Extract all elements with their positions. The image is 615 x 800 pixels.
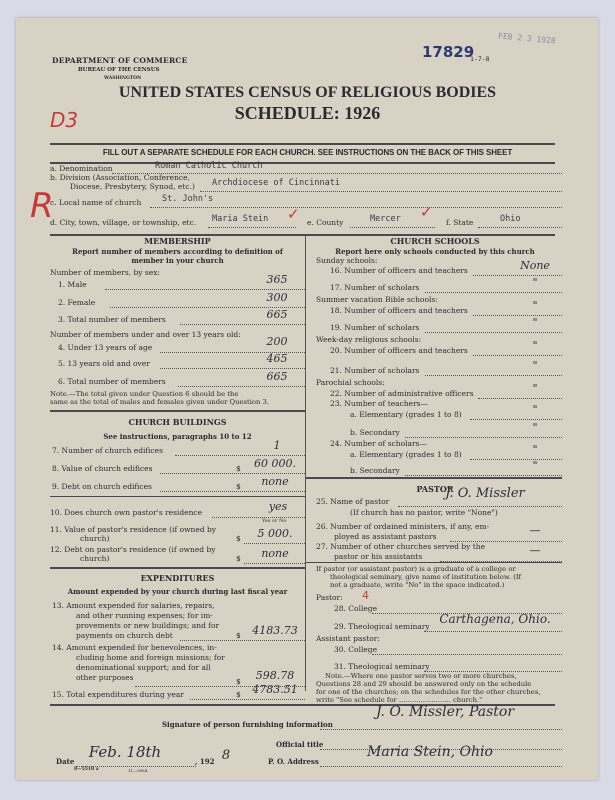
yes-no-hint: Yes or No <box>262 518 286 524</box>
exp-13-line-4: payments on church debt <box>76 631 173 640</box>
q23a-label: a. Elementary (grades 1 to 8) <box>350 410 462 419</box>
city-label: d. City, town, village, or township, etc… <box>50 218 196 227</box>
q17-label: 17. Number of scholars <box>330 283 419 292</box>
dollar-sign: $ <box>236 534 241 543</box>
expenditures-subtitle: Amount expended by your church during la… <box>50 587 305 596</box>
po-address-value: Maria Stein, Ohio <box>330 744 530 760</box>
q30-label: 30. College <box>334 645 377 654</box>
male-label: 1. Male <box>58 280 87 289</box>
church-schools-subtitle: Report here only schools conducted by th… <box>305 247 565 256</box>
q31-field-line <box>424 662 562 672</box>
form-number: 8—5518 a <box>74 767 99 772</box>
membership-title: MEMBERSHIP <box>50 236 305 246</box>
residence-debt-label: 12. Debt on pastor's residence (if owned… <box>50 545 216 554</box>
division-label: b. Division (Association, Conference, <box>50 173 190 182</box>
q21-label: 21. Number of scholars <box>330 366 419 375</box>
q22-value: " <box>510 382 560 395</box>
divider <box>50 410 305 412</box>
residence-value-label: 11. Value of pastor's residence (if owne… <box>50 525 216 534</box>
total-members-age-value: 665 <box>252 370 302 383</box>
county-value: Mercer <box>370 214 401 224</box>
exp-13-line-2: and other running expenses; for im- <box>76 611 213 620</box>
exp-14-line-3: denominational support; and for all <box>76 663 211 672</box>
dollar-sign: $ <box>236 554 241 563</box>
q23a-value: " <box>510 403 560 416</box>
signature-field-line <box>320 720 562 730</box>
divider <box>50 143 555 145</box>
exp-13-line-3: provements or new buildings; and for <box>76 621 219 630</box>
q26-value: — <box>510 524 560 537</box>
red-check-icon: ✓ <box>420 203 433 221</box>
q26-label-cont: ployed as assistant pastors <box>334 532 437 541</box>
instruction-banner: FILL OUT A SEPARATE SCHEDULE FOR EACH CH… <box>0 148 615 157</box>
year-prefix: , 192 <box>195 757 215 766</box>
exp-15-label: 15. Total expenditures during year <box>52 690 184 699</box>
division-label-cont: Diocese, Presbytery, Synod, etc.) <box>70 182 195 191</box>
female-label: 2. Female <box>58 298 95 307</box>
residence-value-value: 5 000. <box>244 527 306 540</box>
q18-value: " <box>510 299 560 312</box>
red-check-icon: ✓ <box>287 205 300 223</box>
date-value: Feb. 18th <box>80 743 170 761</box>
members-by-sex-heading: Number of members, by sex: <box>50 268 160 277</box>
assistant-pastor-heading: Assistant pastor: <box>316 634 380 643</box>
membership-note-cont: same as the total of males and females g… <box>50 398 269 407</box>
exp-13-line-1: 13. Amount expended for salaries, repair… <box>52 601 215 610</box>
department-heading: DEPARTMENT OF COMMERCE <box>52 56 188 65</box>
pastor-name-hint: (If church has no pastor, write "None") <box>350 508 498 517</box>
under-13-label: 4. Under 13 years of age <box>58 343 152 352</box>
q31-label: 31. Theological seminary <box>334 662 430 671</box>
po-address-label: P. O. Address <box>268 757 319 766</box>
residence-debt-value: none <box>244 547 306 560</box>
local-name-value: St. John's <box>162 194 213 204</box>
q23b-value: " <box>510 421 560 434</box>
church-edifices-label: 7. Number of church edifices <box>52 446 163 455</box>
edifice-value-value: 60 000. <box>244 457 306 470</box>
sunday-schools-heading: Sunday schools: <box>316 256 377 265</box>
members-by-age-heading: Number of members under and over 13 year… <box>50 330 241 339</box>
edifice-debt-label: 9. Debt on church edifices <box>52 482 152 491</box>
q24b-value: " <box>510 459 560 472</box>
exp-14-line-2: cluding home and foreign missions; for <box>76 653 225 662</box>
over-13-value: 465 <box>252 352 302 365</box>
q21-value: " <box>510 359 560 372</box>
signature-value: J. O. Missler, Pastor <box>340 704 550 720</box>
q27-value: — <box>510 544 560 557</box>
divider <box>306 477 562 479</box>
divider <box>306 562 562 563</box>
date-label: Date <box>56 757 74 766</box>
q24a-value: " <box>510 443 560 456</box>
location-heading: WASHINGTON <box>104 76 141 81</box>
total-members-label: 3. Total number of members <box>58 315 166 324</box>
expenditures-title: EXPENDITURES <box>50 573 305 583</box>
exp-14-line-4: other purposes <box>76 673 133 682</box>
parochial-schools-heading: Parochial schools: <box>316 378 385 387</box>
total-members-value: 665 <box>252 308 302 321</box>
serial-number: 17829 <box>422 43 474 61</box>
q20-label: 20. Number of officers and teachers <box>330 346 468 355</box>
q24-label: 24. Number of scholars— <box>330 439 427 448</box>
q23b-label: b. Secondary <box>350 428 400 437</box>
owns-residence-label: 10. Does church own pastor's residence <box>50 508 202 517</box>
q17-value: " <box>510 276 560 289</box>
q20-value: " <box>510 339 560 352</box>
church-edifices-value: 1 <box>252 439 302 452</box>
edifice-debt-value: none <box>244 475 306 488</box>
pastor-name-label: 25. Name of pastor <box>316 497 389 506</box>
q16-label: 16. Number of officers and teachers <box>330 266 468 275</box>
owns-residence-value: yes <box>258 500 298 513</box>
local-name-label: c. Local name of church <box>50 198 141 207</box>
church-schools-title: CHURCH SCHOOLS <box>305 236 565 246</box>
divider <box>50 496 305 497</box>
summer-schools-heading: Summer vacation Bible schools: <box>316 295 438 304</box>
q28-label: 28. College <box>334 604 377 613</box>
q22-label: 22. Number of administrative officers <box>330 389 473 398</box>
female-value: 300 <box>252 291 302 304</box>
exp-14-value: 598.78 <box>244 669 306 682</box>
membership-subtitle: Report number of members according to de… <box>50 247 305 256</box>
exp-14-line-1: 14. Amount expended for benevolences, in… <box>52 643 217 652</box>
residence-debt-label-cont: church) <box>80 554 109 563</box>
print-code: 11—9084 <box>128 768 147 773</box>
q29-label: 29. Theological seminary <box>334 622 430 631</box>
q26-label: 26. Number of ordained ministers, if any… <box>316 522 489 531</box>
bureau-heading: BUREAU OF THE CENSUS <box>78 67 160 73</box>
church-buildings-title: CHURCH BUILDINGS <box>50 417 305 427</box>
exp-15-value: 4783.51 <box>244 683 306 696</box>
q19-label: 19. Number of scholars <box>330 323 419 332</box>
division-value: Archdiocese of Cincinnati <box>212 178 340 188</box>
membership-subtitle-cont: member in your church <box>50 256 305 265</box>
graduate-note-cont-2: not a graduate, write "No" in the space … <box>330 581 504 590</box>
q19-value: " <box>510 316 560 329</box>
serial-sub-number: 1-7-8 <box>470 55 490 63</box>
under-13-value: 200 <box>252 335 302 348</box>
denomination-value: Roman Catholic Church <box>155 161 262 171</box>
exp-13-value: 4183.73 <box>244 624 306 637</box>
pastor-heading: Pastor: <box>316 593 343 602</box>
residence-value-label-cont: church) <box>80 534 109 543</box>
state-label: f. State <box>446 218 473 227</box>
q23-label: 23. Number of teachers— <box>330 399 428 408</box>
male-value: 365 <box>252 273 302 286</box>
q30-field-line <box>372 645 562 655</box>
q18-label: 18. Number of officers and teachers <box>330 306 468 315</box>
state-value: Ohio <box>500 214 520 224</box>
q24b-label: b. Secondary <box>350 466 400 475</box>
pastor-name-value: J. O. Missler <box>420 486 550 501</box>
schedule-title: SCHEDULE: 1926 <box>0 103 615 124</box>
year-suffix-value: 8 <box>219 748 233 763</box>
county-label: e. County <box>307 218 343 227</box>
red-annotation-four: 4 <box>362 589 369 602</box>
q24a-label: a. Elementary (grades 1 to 8) <box>350 450 462 459</box>
signature-label: Signature of person furnishing informati… <box>162 720 333 729</box>
total-members-age-label: 6. Total number of members <box>58 377 166 386</box>
q29-value: Carthagena, Ohio. <box>428 612 562 626</box>
q27-label: 27. Number of other churches served by t… <box>316 542 485 551</box>
official-title-label: Official title <box>276 740 323 749</box>
weekday-schools-heading: Week-day religious schools: <box>316 335 421 344</box>
q27-label-cont: pastor or his assistants <box>334 552 422 561</box>
denomination-label: a. Denomination <box>50 164 113 173</box>
red-annotation-d3: D3 <box>50 108 78 132</box>
q16-value: None <box>510 259 560 272</box>
document-title: UNITED STATES CENSUS OF RELIGIOUS BODIES <box>0 84 615 102</box>
over-13-label: 5. 13 years old and over <box>58 359 150 368</box>
city-value: Maria Stein <box>212 214 268 224</box>
divider <box>50 567 305 569</box>
edifice-value-label: 8. Value of church edifices <box>52 464 152 473</box>
